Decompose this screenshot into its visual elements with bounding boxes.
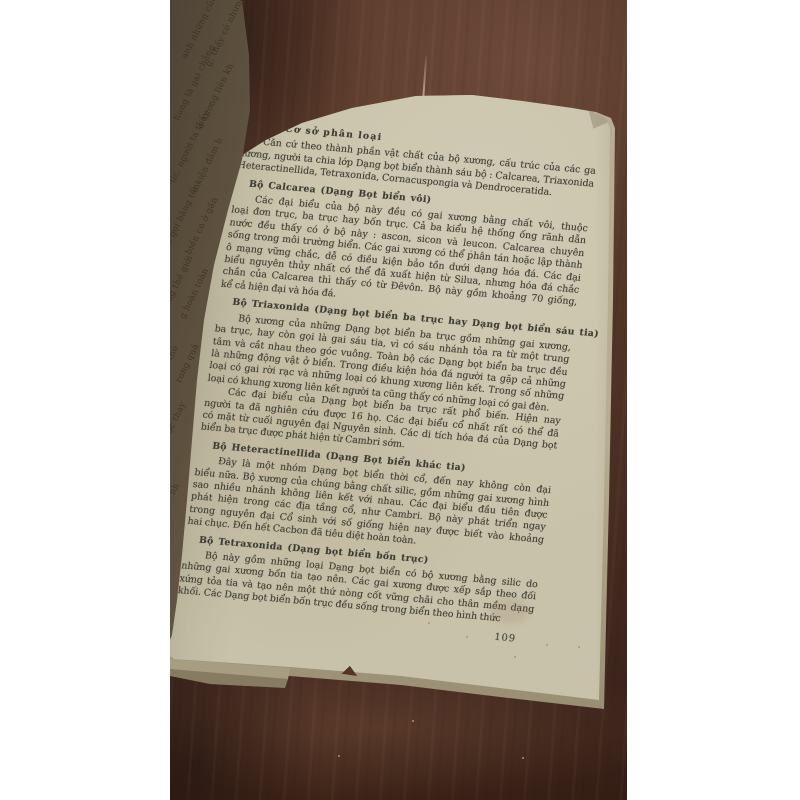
foxing-speck: [350, 204, 352, 206]
foxing-speck: [578, 646, 580, 648]
dust-speck: [412, 720, 414, 722]
page-text: 5, Cơ sở phân loạiCăn cứ theo thành phần…: [174, 120, 598, 647]
foxing-speck: [525, 420, 528, 423]
foxing-speck: [572, 288, 574, 290]
foxing-speck: [470, 250, 472, 252]
foxing-speck: [370, 470, 372, 472]
foxing-speck: [402, 556, 404, 558]
paper-stain: [490, 598, 530, 624]
foxing-speck: [546, 644, 548, 646]
foxing-speck: [466, 636, 468, 638]
foxing-speck: [514, 656, 516, 658]
dust-speck: [522, 757, 524, 759]
foxing-speck: [428, 622, 430, 624]
dust-speck: [338, 755, 340, 757]
book-photo: 5, Cơ sở phân loạiCăn cứ theo thành phần…: [170, 0, 627, 800]
